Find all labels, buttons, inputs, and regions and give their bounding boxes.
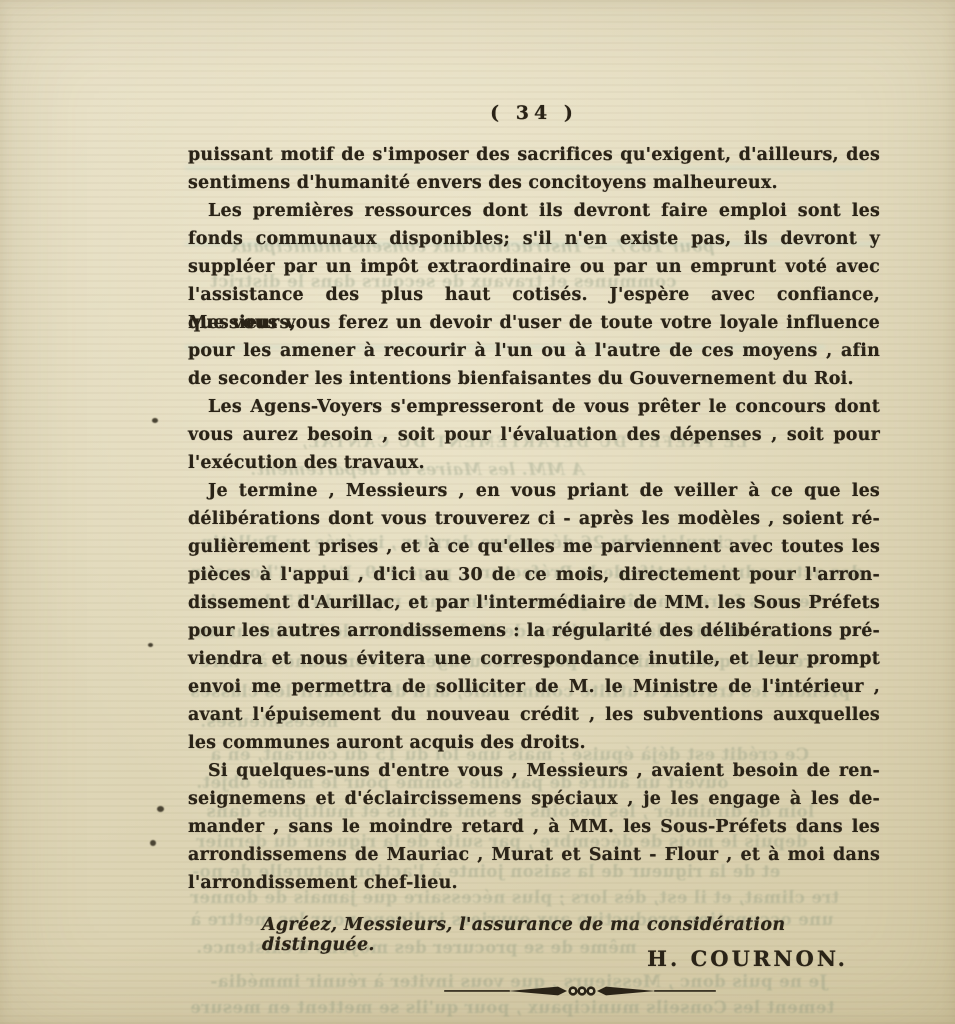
text-line: que vous vous ferez un devoir d'user de … <box>188 309 880 337</box>
text-line: fonds communaux disponibles; s'il n'en e… <box>188 225 880 253</box>
text-line: gulièrement prises , et à ce qu'elles me… <box>188 533 880 561</box>
text-line: les communes auront acquis des droits. <box>188 729 880 757</box>
signature: H. COURNON. <box>188 946 848 971</box>
text-line: arrondissemens de Mauriac , Murat et Sai… <box>188 841 880 869</box>
text-line: l'exécution des travaux. <box>188 449 880 477</box>
text-line: sentimens d'humanité envers des concitoy… <box>188 169 880 197</box>
body-text: puissant motif de s'imposer des sacrific… <box>188 141 880 897</box>
text-line: mander , sans le moindre retard , à MM. … <box>188 813 880 841</box>
text-line: vous aurez besoin , soit pour l'évaluati… <box>188 421 880 449</box>
text-line: pièces à l'appui , d'ici au 30 de ce moi… <box>188 561 880 589</box>
text-line: Les Agens-Voyers s'empresseront de vous … <box>188 393 880 421</box>
scanned-page: pour 1837. — Instruction aux conseils mu… <box>0 0 955 1024</box>
text-line: pour les autres arrondissemens : la régu… <box>188 617 880 645</box>
text-line: avant l'épuisement du nouveau crédit , l… <box>188 701 880 729</box>
text-line: de seconder les intentions bienfaisantes… <box>188 365 880 393</box>
text-line: envoi me permettra de solliciter de M. l… <box>188 673 880 701</box>
text-line: Les premières ressources dont ils devron… <box>188 197 880 225</box>
text-line: suppléer par un impôt extraordinaire ou … <box>188 253 880 281</box>
text-line: viendra et nous évitera une correspondan… <box>188 645 880 673</box>
text-line: Si quelques-uns d'entre vous , Messieurs… <box>188 757 880 785</box>
text-line: Je termine , Messieurs , en vous priant … <box>188 477 880 505</box>
page-number: ( 34 ) <box>188 102 880 124</box>
text-line: délibérations dont vous trouverez ci - a… <box>188 505 880 533</box>
text-line: dissement d'Aurillac, et par l'intermédi… <box>188 589 880 617</box>
text-line: l'arrondissement chef-lieu. <box>188 869 880 897</box>
text-line: l'assistance des plus haut cotisés. J'es… <box>188 281 880 309</box>
printed-text-layer: ( 34 ) puissant motif de s'imposer des s… <box>0 0 955 1024</box>
text-line: seignemens et d'éclaircissemens spéciaux… <box>188 785 880 813</box>
text-line: pour les amener à recourir à l'un ou à l… <box>188 337 880 365</box>
text-line: puissant motif de s'imposer des sacrific… <box>188 141 880 169</box>
fleuron-divider-icon <box>440 982 720 1000</box>
